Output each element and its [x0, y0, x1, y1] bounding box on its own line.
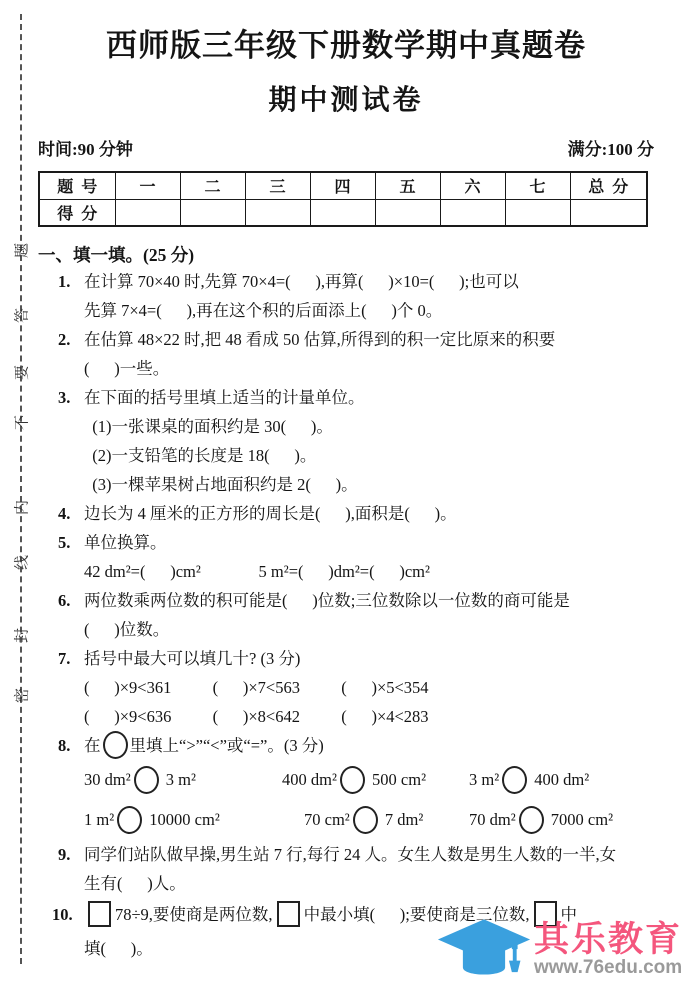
- comparison-right: 7 dm²: [381, 810, 424, 830]
- question-text: 在估算 48×22 时,把 48 看成 50 估算,所得到的积一定比原来的积要 …: [84, 325, 555, 383]
- comparison-circle: [353, 806, 378, 834]
- table-row: 得 分: [39, 199, 647, 226]
- comparison-left: 3 m²: [469, 770, 499, 790]
- question-text-pre: 在: [84, 736, 101, 755]
- header-cell-total: 总 分: [570, 172, 647, 199]
- seal-char: 题: [11, 241, 32, 261]
- question-text: 两位数乘两位数的积可能是( )位数;三位数除以一位数的商可能是 ( )位数。: [84, 586, 570, 644]
- score-cell: [505, 199, 570, 226]
- score-cell: [180, 199, 245, 226]
- full-score-label: 满分:100 分: [568, 135, 654, 160]
- header-cell: 五: [375, 172, 440, 199]
- comparison-left: 70 cm²: [304, 810, 350, 830]
- question-5: 5. 单位换算。 42 dm²=( )cm² 5 m²=( )dm²=( )cm…: [38, 528, 654, 586]
- header-cell: 六: [440, 172, 505, 199]
- answer-box: [277, 901, 300, 927]
- question-number: 10.: [38, 898, 84, 932]
- question-number: 5.: [38, 528, 84, 557]
- comparison-circle: [103, 731, 128, 759]
- comparison-item: 70 cm² 7 dm²: [304, 806, 469, 834]
- question-2: 2. 在估算 48×22 时,把 48 看成 50 估算,所得到的积一定比原来的…: [38, 325, 654, 383]
- question-number: 9.: [38, 840, 84, 869]
- question-number: 7.: [38, 644, 84, 673]
- comparison-left: 30 dm²: [84, 770, 131, 790]
- comparison-item: 1 m² 10000 cm²: [84, 806, 304, 834]
- question-3: 3. 在下面的括号里填上适当的计量单位。 (1)一张课桌的面积约是 30( )。…: [38, 383, 654, 499]
- question-text: 括号中最大可以填几十? (3 分) ( )×9<361 ( )×7<563 ( …: [84, 644, 429, 731]
- score-cell: [440, 199, 505, 226]
- seal-char: 不: [11, 413, 32, 433]
- question-1: 1. 在计算 70×40 时,先算 70×4=( ),再算( )×10=( );…: [38, 267, 654, 325]
- brand-logo: 其乐教育 www.76edu.com: [436, 916, 682, 988]
- question-number: 4.: [38, 499, 84, 528]
- brand-name: 其乐教育: [534, 922, 682, 958]
- seal-dashed-line: [20, 14, 22, 964]
- paper-content: 西师版三年级下册数学期中真题卷 期中测试卷 时间:90 分钟 满分:100 分 …: [38, 0, 654, 966]
- page-title: 西师版三年级下册数学期中真题卷: [38, 20, 654, 65]
- q8-comparison-row-1: 30 dm² 3 m² 400 dm² 500 cm² 3 m² 400 dm²: [38, 760, 654, 800]
- seal-char: 要: [11, 363, 32, 383]
- question-text-post: 里填上“>”“<”或“=”。(3 分): [130, 736, 324, 755]
- question-number: 2.: [38, 325, 84, 354]
- graduation-cap-icon: [436, 916, 532, 988]
- question-text: 在计算 70×40 时,先算 70×4=( ),再算( )×10=( );也可以…: [84, 267, 519, 325]
- comparison-right: 500 cm²: [368, 770, 426, 790]
- seal-char: 内: [11, 498, 32, 518]
- question-9: 9. 同学们站队做早操,男生站 7 行,每行 24 人。女生人数是男生人数的一半…: [38, 840, 654, 898]
- score-row-label: 得 分: [39, 199, 115, 226]
- header-cell: 二: [180, 172, 245, 199]
- question-text: 边长为 4 厘米的正方形的周长是( ),面积是( )。: [84, 499, 457, 528]
- comparison-right: 10000 cm²: [145, 810, 220, 830]
- score-table: 题 号 一 二 三 四 五 六 七 总 分 得 分: [38, 171, 648, 227]
- question-4: 4. 边长为 4 厘米的正方形的周长是( ),面积是( )。: [38, 499, 654, 528]
- comparison-item: 3 m² 400 dm²: [469, 766, 589, 794]
- table-row: 题 号 一 二 三 四 五 六 七 总 分: [39, 172, 647, 199]
- question-text: 单位换算。 42 dm²=( )cm² 5 m²=( )dm²=( )cm²: [84, 528, 430, 586]
- comparison-right: 400 dm²: [530, 770, 589, 790]
- brand-text: 其乐教育 www.76edu.com: [534, 922, 682, 978]
- header-cell-question-no: 题 号: [39, 172, 115, 199]
- q8-comparison-row-2: 1 m² 10000 cm² 70 cm² 7 dm² 70 dm² 7000 …: [38, 800, 654, 840]
- question-number: 6.: [38, 586, 84, 615]
- comparison-circle: [502, 766, 527, 794]
- exam-info-row: 时间:90 分钟 满分:100 分: [38, 135, 654, 160]
- header-cell: 一: [115, 172, 180, 199]
- seal-char: 封: [11, 626, 32, 646]
- score-cell: [375, 199, 440, 226]
- score-cell: [310, 199, 375, 226]
- header-cell: 三: [245, 172, 310, 199]
- question-7: 7. 括号中最大可以填几十? (3 分) ( )×9<361 ( )×7<563…: [38, 644, 654, 731]
- comparison-item: 400 dm² 500 cm²: [282, 766, 469, 794]
- comparison-left: 400 dm²: [282, 770, 337, 790]
- comparison-circle: [117, 806, 142, 834]
- question-text: 同学们站队做早操,男生站 7 行,每行 24 人。女生人数是男生人数的一半,女 …: [84, 840, 616, 898]
- question-8: 8. 在里填上“>”“<”或“=”。(3 分): [38, 731, 654, 760]
- comparison-circle: [519, 806, 544, 834]
- question-text-seg: 78÷9,要使商是两位数,: [115, 905, 273, 924]
- question-text: 在里填上“>”“<”或“=”。(3 分): [84, 731, 324, 760]
- comparison-circle: [134, 766, 159, 794]
- comparison-left: 1 m²: [84, 810, 114, 830]
- score-cell: [115, 199, 180, 226]
- question-6: 6. 两位数乘两位数的积可能是( )位数;三位数除以一位数的商可能是 ( )位数…: [38, 586, 654, 644]
- question-text: 在下面的括号里填上适当的计量单位。 (1)一张课桌的面积约是 30( )。 (2…: [84, 383, 365, 499]
- exam-paper-page: 题 答 要 不 内 线 封 密 西师版三年级下册数学期中真题卷 期中测试卷 时间…: [0, 0, 686, 992]
- answer-box: [88, 901, 111, 927]
- header-cell: 四: [310, 172, 375, 199]
- question-number: 8.: [38, 731, 84, 760]
- page-subtitle: 期中测试卷: [38, 78, 654, 118]
- score-cell: [245, 199, 310, 226]
- seal-char: 答: [11, 306, 32, 326]
- time-label: 时间:90 分钟: [38, 135, 133, 160]
- comparison-right: 3 m²: [162, 770, 196, 790]
- header-cell: 七: [505, 172, 570, 199]
- comparison-item: 30 dm² 3 m²: [84, 766, 282, 794]
- score-cell: [570, 199, 647, 226]
- comparison-item: 70 dm² 7000 cm²: [469, 806, 613, 834]
- brand-url: www.76edu.com: [534, 958, 682, 978]
- question-text-seg: 填( )。: [84, 939, 153, 958]
- section-heading: 一、填一填。(25 分): [38, 242, 654, 267]
- comparison-circle: [340, 766, 365, 794]
- seal-char: 密: [11, 686, 32, 706]
- comparison-left: 70 dm²: [469, 810, 516, 830]
- question-number: 3.: [38, 383, 84, 412]
- seal-char: 线: [11, 553, 32, 573]
- question-number: 1.: [38, 267, 84, 296]
- comparison-right: 7000 cm²: [547, 810, 613, 830]
